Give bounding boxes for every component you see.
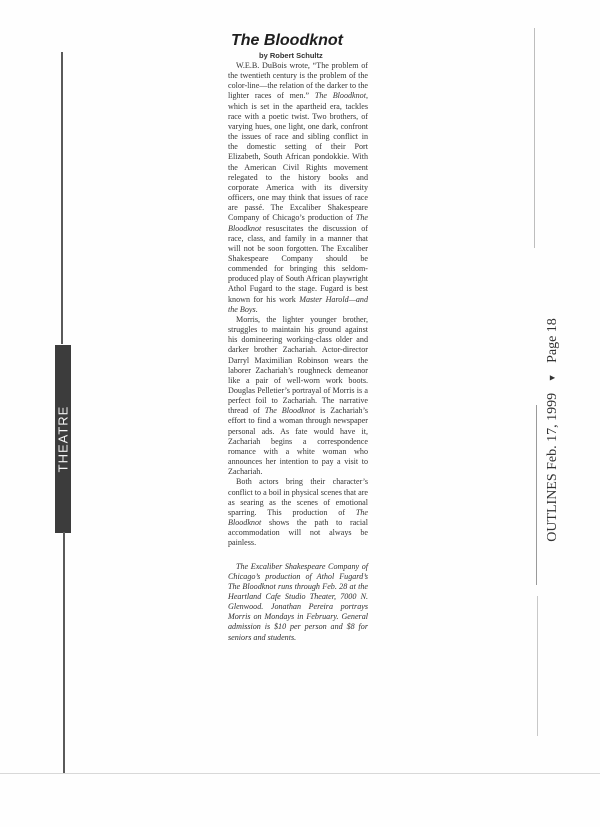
folio: OUTLINES Feb. 17, 1999 ▼ Page 18 bbox=[545, 318, 561, 542]
right-rule-top bbox=[534, 28, 535, 248]
folio-date: Feb. 17, 1999 bbox=[545, 393, 560, 470]
article-title: The Bloodknot bbox=[231, 32, 368, 50]
article-paragraph: Both actors bring their character’s conf… bbox=[228, 477, 368, 548]
right-rule-bottom bbox=[537, 596, 538, 736]
section-tab: THEATRE bbox=[55, 345, 71, 533]
folio-page: Page 18 bbox=[545, 318, 560, 363]
folio-publication: OUTLINES bbox=[545, 473, 560, 541]
article-paragraph: Morris, the lighter younger brother, str… bbox=[228, 315, 368, 478]
left-rule-top bbox=[61, 52, 63, 344]
section-label: THEATRE bbox=[56, 406, 71, 473]
article-paragraph: W.E.B. DuBois wrote, “The problem of the… bbox=[228, 61, 368, 315]
production-credits: The Excaliber Shakespeare Company of Chi… bbox=[228, 562, 368, 643]
article-body: W.E.B. DuBois wrote, “The problem of the… bbox=[228, 61, 368, 549]
triangle-down-icon: ▼ bbox=[547, 373, 557, 382]
article: The Bloodknot by Robert Schultz W.E.B. D… bbox=[228, 32, 368, 643]
scan-edge-rule bbox=[0, 773, 600, 774]
left-rule-bottom bbox=[63, 532, 65, 774]
right-rule-mid bbox=[536, 405, 537, 585]
article-byline: by Robert Schultz bbox=[259, 51, 368, 61]
